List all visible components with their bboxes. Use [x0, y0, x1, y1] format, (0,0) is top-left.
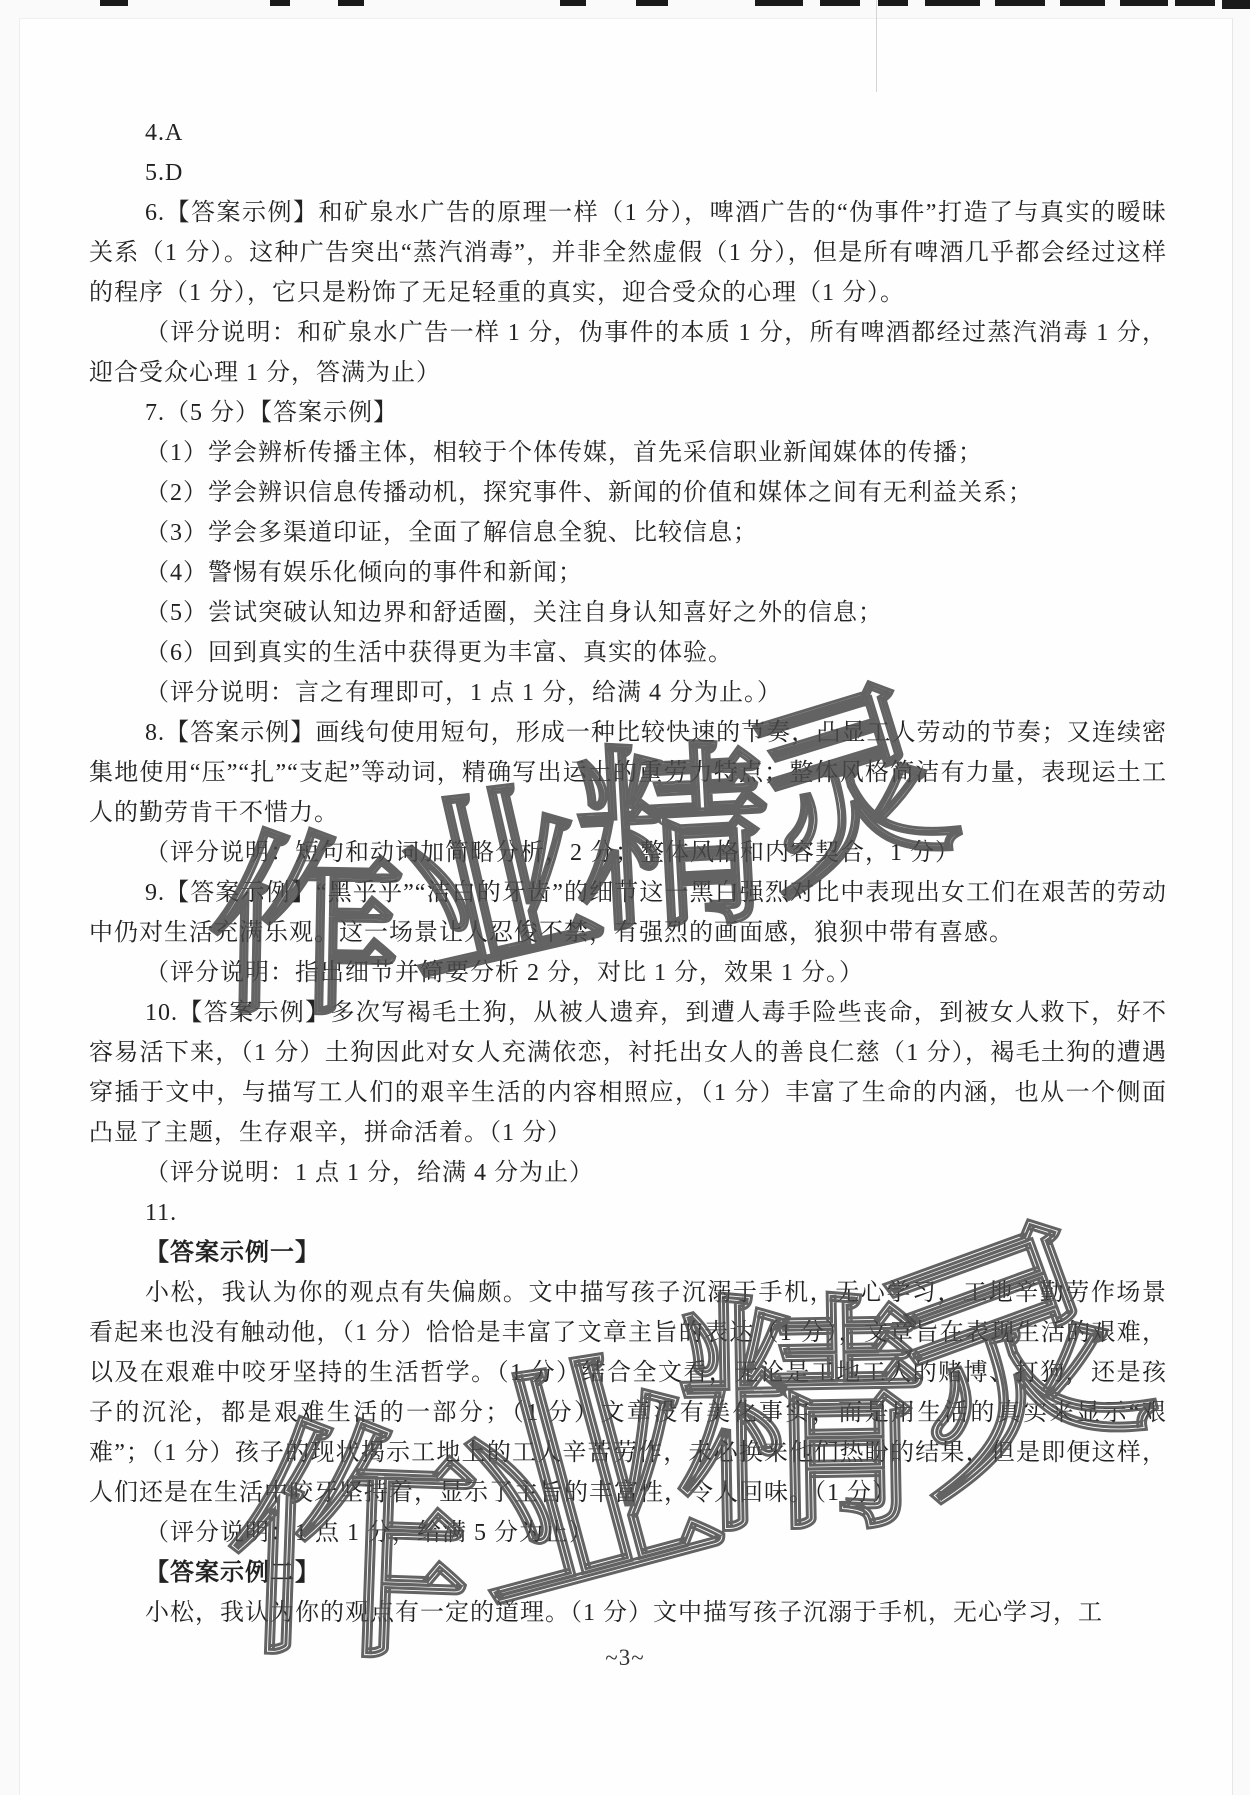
scan-artifact-dash — [925, 0, 980, 6]
scan-artifact-strip — [0, 0, 1250, 12]
scan-artifact-dash — [755, 0, 803, 6]
scanned-document: 4.A 5.D 6.【答案示例】和矿泉水广告的原理一样（1 分），啤酒广告的“伪… — [0, 0, 1250, 1795]
scoring-note-q9: （评分说明：指出细节并简要分析 2 分，对比 1 分，效果 1 分。） — [89, 953, 1167, 993]
scan-artifact-dash — [878, 0, 908, 6]
answer-q7-item-2: （2）学会辨识信息传播动机，探究事件、新闻的价值和媒体之间有无利益关系； — [89, 473, 1167, 513]
scoring-note-q10: （评分说明：1 点 1 分，给满 4 分为止） — [89, 1153, 1167, 1193]
answer-q7-heading: 7.（5 分）【答案示例】 — [89, 393, 1167, 433]
answer-q11-example1: 小松，我认为你的观点有失偏颇。文中描写孩子沉溺于手机，无心学习，工地辛勤劳作场景… — [89, 1273, 1167, 1513]
scan-artifact-dash — [270, 0, 290, 6]
answer-q7-item-1: （1）学会辨析传播主体，相较于个体传媒，首先采信职业新闻媒体的传播； — [89, 433, 1167, 473]
scan-artifact-line — [876, 0, 877, 92]
answer-q11-example1-heading: 【答案示例一】 — [89, 1233, 1167, 1273]
scan-artifact-dash — [560, 0, 586, 6]
answer-q7-item-5: （5）尝试突破认知边界和舒适圈，关注自身认知喜好之外的信息； — [89, 593, 1167, 633]
scan-artifact-dash — [1060, 0, 1105, 6]
answer-q11-example2-heading: 【答案示例二】 — [89, 1553, 1167, 1593]
scoring-note-q7: （评分说明：言之有理即可，1 点 1 分，给满 4 分为止。） — [89, 673, 1167, 713]
answer-q7-item-3: （3）学会多渠道印证，全面了解信息全貌、比较信息； — [89, 513, 1167, 553]
scoring-note-q11: （评分说明：1 点 1 分，给满 5 分为止） — [89, 1513, 1167, 1553]
page-sheet: 4.A 5.D 6.【答案示例】和矿泉水广告的原理一样（1 分），啤酒广告的“伪… — [19, 18, 1233, 1795]
scoring-note-q6: （评分说明：和矿泉水广告一样 1 分，伪事件的本质 1 分，所有啤酒都经过蒸汽消… — [89, 313, 1167, 393]
answer-q6: 6.【答案示例】和矿泉水广告的原理一样（1 分），啤酒广告的“伪事件”打造了与真… — [89, 193, 1167, 313]
answer-q8: 8.【答案示例】画线句使用短句，形成一种比较快速的节奏，凸显工人劳动的节奏；又连… — [89, 713, 1167, 833]
answer-q10: 10.【答案示例】多次写褐毛土狗，从被人遗弃，到遭人毒手险些丧命，到被女人救下，… — [89, 993, 1167, 1153]
scan-artifact-dash — [338, 0, 364, 6]
scan-artifact-dash — [636, 0, 668, 6]
scan-artifact-dash — [1222, 0, 1250, 9]
answer-q4: 4.A — [89, 113, 1167, 153]
page-number: ~3~ — [0, 1645, 1250, 1671]
scan-artifact-dash — [100, 0, 128, 6]
scan-artifact-dash — [995, 0, 1045, 6]
answer-q11-example2: 小松，我认为你的观点有一定的道理。（1 分）文中描写孩子沉溺于手机，无心学习，工 — [89, 1593, 1167, 1633]
scan-artifact-dash — [1120, 0, 1168, 6]
answer-q5: 5.D — [89, 153, 1167, 193]
answer-key-content: 4.A 5.D 6.【答案示例】和矿泉水广告的原理一样（1 分），啤酒广告的“伪… — [89, 113, 1167, 1633]
answer-q7-item-4: （4）警惕有娱乐化倾向的事件和新闻； — [89, 553, 1167, 593]
answer-q11-number: 11. — [89, 1193, 1167, 1233]
scoring-note-q8: （评分说明：短句和动词加简略分析，2 分；整体风格和内容契合，1 分） — [89, 833, 1167, 873]
scan-artifact-dash — [1175, 0, 1215, 6]
answer-q9: 9.【答案示例】“黑乎乎”“洁白的牙齿”的细节这一黑白强烈对比中表现出女工们在艰… — [89, 873, 1167, 953]
scan-artifact-dash — [820, 0, 860, 6]
answer-q7-item-6: （6）回到真实的生活中获得更为丰富、真实的体验。 — [89, 633, 1167, 673]
